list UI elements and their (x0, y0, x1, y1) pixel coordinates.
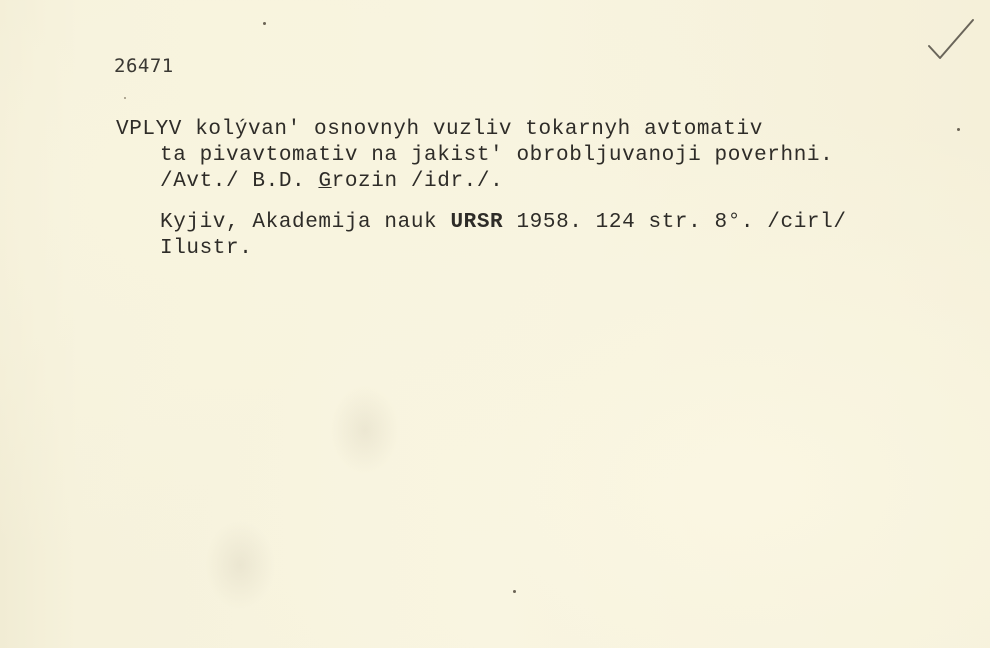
accession-number: 26471 (114, 54, 174, 78)
speck (263, 22, 266, 25)
imprint-line-1: Kyjiv, Akademija nauk URSR 1958. 124 str… (160, 211, 847, 235)
author-line: /Avt./ B.D. Grozin /idr./. (160, 170, 503, 194)
imprint-place-publisher: Kyjiv, Akademija nauk (160, 211, 450, 234)
title-line-1: VPLYV kolývan' osnovnyh vuzliv tokarnyh … (116, 118, 763, 142)
stain (330, 385, 400, 475)
author-suffix: rozin /idr./. (332, 170, 504, 193)
speck (957, 128, 960, 131)
author-initial: G (318, 170, 331, 193)
speck (124, 97, 126, 99)
imprint-republic: URSR (450, 211, 503, 234)
imprint-line-2: Ilustr. (160, 237, 252, 261)
catalog-card: 26471 VPLYV kolývan' osnovnyh vuzliv tok… (0, 0, 990, 648)
stain (205, 520, 275, 610)
checkmark-icon (926, 16, 976, 64)
title-line-2: ta pivavtomativ na jakist' obrobljuvanoj… (160, 144, 833, 168)
author-prefix: /Avt./ B.D. (160, 170, 318, 193)
imprint-details: 1958. 124 str. 8°. /cirl/ (503, 211, 846, 234)
speck (513, 590, 516, 593)
